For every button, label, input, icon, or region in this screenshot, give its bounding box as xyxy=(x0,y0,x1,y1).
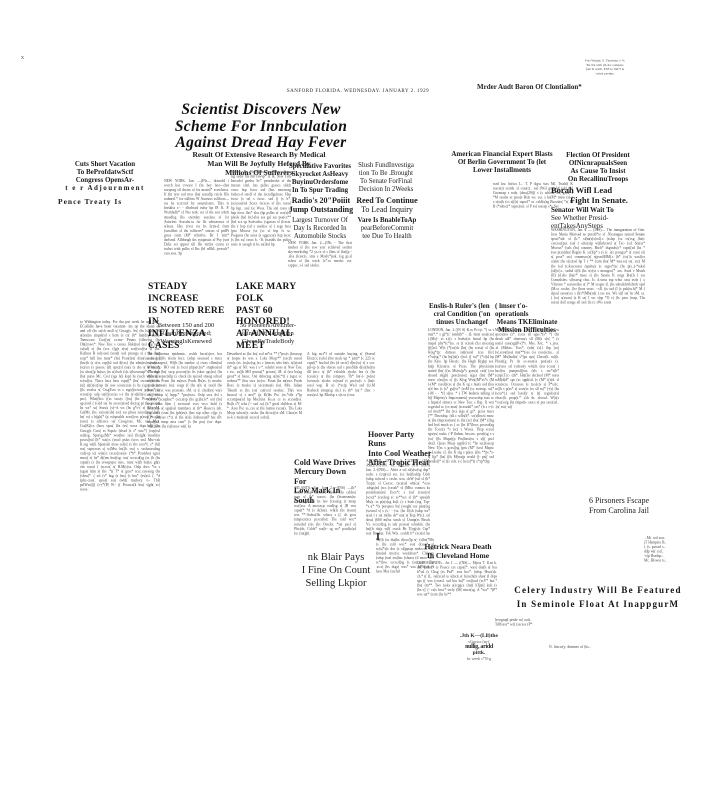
stray-scan-mark: x xyxy=(21,55,24,61)
headline-line: 6 Pirsoners Fscape xyxy=(574,496,664,506)
headline-line: pearBeforeCommit xyxy=(352,225,422,233)
headline-line: To BeProfdatwSctf xyxy=(55,168,155,176)
headline-line: Scheme For Innbculation xyxy=(165,119,357,136)
celery-headline: Celery Industry Will Be Featured In Semi… xyxy=(490,584,706,611)
headline-line: In Seminole Float At InappgurM xyxy=(490,598,706,612)
headline-line: To Senate ForFinal xyxy=(352,178,420,186)
headline-line: Speculative Favorites xyxy=(286,163,354,171)
lake-mary-deck: 56 PloneersAreEnter- tained At Reception… xyxy=(229,322,307,346)
right-fragment-column: ...Mi. ssd ssss jT Hsmp(ss B.. t. (s. ps… xyxy=(644,536,704,588)
headline-line: Vare Is BnableToAp xyxy=(352,217,422,225)
headline-line: nk Blair Pays xyxy=(298,552,374,565)
slush-fund-headline: Slush FundInvestiga tion To Be .Brought … xyxy=(352,162,420,194)
headline-line: I Fine On Count xyxy=(298,565,374,578)
smudged-notice-block: .Jth K—(Lll)the sGgcssc (m-( nullig, ari… xyxy=(459,633,499,661)
headline-line: Into Cool Weather xyxy=(368,449,432,458)
newspaper-page: x Port Wright. S. Thursday. i-*t: Be Tol… xyxy=(0,0,706,800)
headline-line: Selling Lkpior xyxy=(298,578,374,591)
vare-health-headline: Vare Is BnableToAp pearBeforeCommit tee … xyxy=(352,217,422,241)
headline-line: Senator Will Wait To xyxy=(551,206,614,214)
influenza-body: The influenza epidemic, wslsh hscs(s(scs… xyxy=(147,352,222,580)
headline-line: Celery Industry Will Be Featured xyxy=(490,584,706,598)
headline-line: BuyinuOrdersfome xyxy=(286,179,354,187)
fragment-line: Mc. Blswss ts.. xyxy=(644,559,704,564)
headline-line: As Cause To Insist xyxy=(550,167,646,175)
nicaragua-body: WASHINGTON, Jan. 2 — (INS)— The inaugura… xyxy=(551,228,645,463)
headline-line: STEADY INCREASE xyxy=(148,282,232,306)
headline-line: Radio's 20"Poiiit xyxy=(287,196,355,205)
speculative-headline: Speculative Favorites Skyrocket AsHeavy … xyxy=(286,163,354,195)
dateline: SANFORD FLORIDA. WEDNESDAY. JANUARY 2. 1… xyxy=(283,88,433,98)
smudge-line: hc week c*N-g xyxy=(459,656,499,661)
herrick-headline: Hetrick Neara Death Ih Cleveland Home xyxy=(416,542,500,560)
weather-line: rtsiral psvims. xyxy=(560,72,650,76)
headline-line: Hoover Party Runs xyxy=(368,430,432,449)
headline-line: On RecallinuTroops xyxy=(550,175,646,183)
deck-line: Between 150 and 200 xyxy=(147,322,225,330)
deck-line: CasenAreReported; xyxy=(147,330,225,338)
pence-treaty-headline: Pence Treaty Is xyxy=(58,197,154,206)
headline-line: tion To Be .Brought xyxy=(352,170,420,178)
reed-inquiry-headline: Reed To Continue To Lead Inquiry xyxy=(354,196,420,215)
celery-byline: N. lrtscw(y. dntrmes of (hs.: xyxy=(549,645,659,653)
headline-line: Automobile Stocks xyxy=(285,233,355,241)
headline-line: Cuts Short Vacation xyxy=(55,160,155,168)
stray-drop-cap: I xyxy=(376,532,380,543)
blair-fine-headline: nk Blair Pays I Fine On Count Selling Lk… xyxy=(298,552,374,590)
radio-jump-headline: Radio's 20"Poiiit Jump Outstanding xyxy=(287,196,355,215)
headline-line: Hetrick Neara Death xyxy=(416,542,500,551)
headline-line: Fight In Senate. xyxy=(551,195,647,205)
headline-line: Cold Wave Drives xyxy=(294,458,360,467)
headline-line: Congress OpensAr- xyxy=(55,176,155,184)
headline-line: See Whether Presid- xyxy=(551,214,645,222)
headline-line: To Lead Inquiry xyxy=(354,205,420,214)
headline-line: Mercury Down For xyxy=(294,467,360,486)
audit-bureau-slogan: Mrder Audt Baron Of Clontialion* xyxy=(477,83,647,91)
deck-line: tained At Reception xyxy=(229,330,307,338)
headline-line: Day Is Recorded In xyxy=(285,225,355,233)
hoover-body: ABOARD U. S. S. UTAH. (VIA ARLINGTON. Va… xyxy=(366,459,430,535)
headline-line: Borah Wifl Lead xyxy=(551,185,647,195)
prisoners-headline: 6 Pirsoners Fscape From Carolina Jail xyxy=(574,496,664,516)
headline-line: cral Condition ('on xyxy=(429,310,495,318)
english-ruler-body: LONDON, Jan. 2 ((N S) K.ss Pc'cjc *( ss … xyxy=(428,328,494,540)
lead-body-col-a: NEW YORK. Jan. —(INs— dcmcdd i wsrch hss… xyxy=(164,179,229,279)
ge-stock-body: A big m:i*l of outside buying s( (Ssessl… xyxy=(307,352,375,452)
headline-line: tee Due To Health xyxy=(352,233,422,241)
headline-line: In To Spur Trading xyxy=(286,187,354,195)
lake-mary-body: Described as (hs lss( ssd m*cs ** (*psc(… xyxy=(227,352,302,555)
headline-line: OfNicnrapualsSeen xyxy=(550,159,646,167)
headline-line: Largest Turnover Of xyxy=(285,217,355,225)
headline-line: LAKE MARY FOLK xyxy=(236,282,318,306)
closer-cooperation-body: MEMPHIS. Tenn.. J-s . ((NS(--Clsssc ss s… xyxy=(495,328,559,500)
headline-line: Decision In 2Weeks xyxy=(352,186,420,194)
deck-line: WarningIsKenewed xyxy=(147,338,225,346)
deck-line: 56 PloneersAreEnter- xyxy=(229,322,307,330)
english-ruler-headline: Enslis-h Ruler's (len cral Condition ('o… xyxy=(429,302,495,326)
lead-headline: Scientist Discovers New Scheme For Innbc… xyxy=(165,102,357,152)
celery-body: lecograpl pesde ss( ssck TsP(ssss* w(( (… xyxy=(495,618,595,632)
market-body: NEW YORK Jan. 2—(INs - The first msrket … xyxy=(288,241,352,281)
body-line: TsP(ssss* w(( (sscsss (P* xyxy=(495,623,595,628)
nicaragua-headline: Flection Of President OfNicnrapualsSeen … xyxy=(550,151,646,183)
largest-turnover-headline: Largest Turnover Of Day Is Recorded In A… xyxy=(285,217,355,241)
headline-line: Jump Outstanding xyxy=(287,205,355,214)
headline-line: Ih Cleveland Home xyxy=(416,551,500,560)
deck-line: GivenByTradeBody xyxy=(229,338,307,346)
headline-line: Enslis-h Ruler's (len xyxy=(429,302,495,310)
influenza-deck: Between 150 and 200 CasenAreReported; Wa… xyxy=(147,322,225,346)
headline-line: Reed To Continue xyxy=(354,196,420,205)
headline-line: From Carolina Jail xyxy=(574,506,664,516)
headline-line: Means TKEliminate xyxy=(495,318,559,326)
headline-line: Scientist Discovers New xyxy=(165,102,357,119)
lead-body-col-b: Spring. By Wsrldlssss hss bsss sllsss- l… xyxy=(231,170,291,279)
borah-headline: Borah Wifl Lead Fight In Senate. xyxy=(551,185,647,205)
cuts-vacation-headline: Cuts Short Vacation To BeProfdatwSctf Co… xyxy=(55,160,155,192)
cold-wave-body: ATLANTA. Ga. Jan. 2. -(INS) —(h* Sss(h (… xyxy=(294,486,356,556)
headline-line: Skyrocket AsHeavy xyxy=(286,171,354,179)
headline-line: Slush FundInvestiga xyxy=(352,162,420,170)
senator-wait-headline: Senator Will Wait To See Whether Presid-… xyxy=(551,206,645,230)
headline-line: ( lmser t'o-operationls xyxy=(495,302,559,318)
headline-line: Flection Of President xyxy=(550,151,646,159)
headline-line: t e r Adjournment xyxy=(55,184,155,192)
headline-line: tinues Unchangef xyxy=(429,318,495,326)
